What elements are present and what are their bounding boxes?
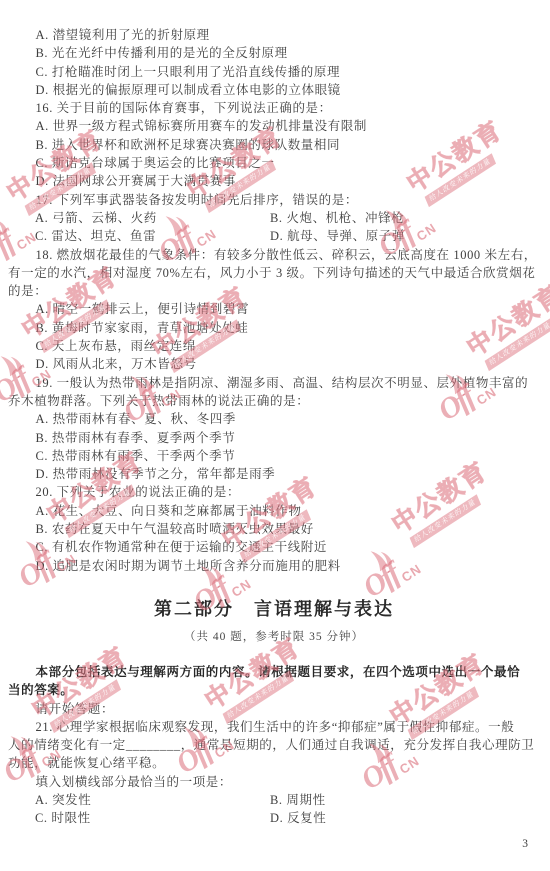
option-line: B. 热带雨林有春季、夏季两个季节 <box>8 429 540 447</box>
option-row-two-col: A. 弓箭、云梯、火药B. 火炮、机枪、冲锋枪 <box>8 209 540 227</box>
option-row-two-col: C. 时限性D. 反复性 <box>8 809 540 827</box>
section-title: 第二部分 言语理解与表达 <box>8 597 540 621</box>
option-cell: D. 反复性 <box>270 809 326 827</box>
question-line: 19. 一般认为热带雨林是指阴凉、潮湿多雨、高温、结构层次不明显、层外植物丰富的 <box>8 374 540 392</box>
option-cell: C. 雷达、坦克、鱼雷 <box>35 227 270 245</box>
option-cell: B. 周期性 <box>270 791 326 809</box>
option-line: C. 有机农作物通常种在便于运输的交通主干线附近 <box>8 538 540 556</box>
option-line: D. 根据光的偏振原理可以制成看立体电影的立体眼镜 <box>8 81 540 99</box>
option-line: C. 天上灰布悬，雨丝定连绵 <box>8 337 540 355</box>
option-line: C. 热带雨林有雨季、干季两个季节 <box>8 447 540 465</box>
section-instructions-line: 本部分包括表达与理解两方面的内容。请根据题目要求，在四个选项中选出一个最恰 <box>8 663 540 681</box>
option-row-two-col: C. 雷达、坦克、鱼雷D. 航母、导弹、原子弹 <box>8 227 540 245</box>
option-line: B. 进入世界杯和欧洲杯足球赛决赛圈的球队数量相同 <box>8 136 540 154</box>
option-cell: B. 火炮、机枪、冲锋枪 <box>270 209 404 227</box>
question-continuation-line: 乔木植物群落。下列关于热带雨林的说法正确的是： <box>8 392 540 410</box>
question-continuation-line: 有一定的水汽，相对湿度 70%左右，风力小于 3 级。下列诗句描述的天气中最适合… <box>8 264 540 282</box>
option-line: C. 斯诺克台球属于奥运会的比赛项目之一 <box>8 154 540 172</box>
question-line: 21. 心理学家根据临床观察发现，我们生活中的许多“抑郁症”属于假性抑郁症。一般 <box>8 718 540 736</box>
section-time-limit: （共 40 题，参考时限 35 分钟） <box>8 629 540 645</box>
question-line: 20. 下列关于农业的说法正确的是： <box>8 483 540 501</box>
question-line: 17. 下列军事武器装备按发明时间先后排序，错误的是： <box>8 191 540 209</box>
option-line: A. 世界一级方程式锦标赛所用赛车的发动机排量没有限制 <box>8 117 540 135</box>
option-row-two-col: A. 突发性B. 周期性 <box>8 791 540 809</box>
option-cell: A. 弓箭、云梯、火药 <box>35 209 270 227</box>
option-line: A. 潜望镜利用了光的折射原理 <box>8 26 540 44</box>
option-cell: C. 时限性 <box>35 809 270 827</box>
option-cell: A. 突发性 <box>35 791 270 809</box>
option-line: A. 花生、大豆、向日葵和芝麻都属于油料作物 <box>8 502 540 520</box>
section-instructions-line: 当的答案。 <box>8 681 540 699</box>
start-answering-line: 请开始答题： <box>8 700 540 718</box>
fill-blank-prompt-line: 填入划横线部分最恰当的一项是： <box>8 773 540 791</box>
option-line: B. 光在光纤中传播利用的是光的全反射原理 <box>8 44 540 62</box>
question-line: 16. 关于目前的国际体育赛事，下列说法正确的是： <box>8 99 540 117</box>
question-line: 18. 燃放烟花最佳的气象条件：有较多分散性低云、碎积云，云底高度在 1000 … <box>8 246 540 264</box>
option-cell: D. 航母、导弹、原子弹 <box>270 227 405 245</box>
option-line: A. 热带雨林有春、夏、秋、冬四季 <box>8 410 540 428</box>
page-number: 3 <box>522 838 528 850</box>
question-continuation-line: 的是： <box>8 282 540 300</box>
option-line: D. 热带雨林没有季节之分，常年都是雨季 <box>8 465 540 483</box>
option-line: B. 黄梅时节家家雨，青草池塘处处蛙 <box>8 319 540 337</box>
exam-text-content: A. 潜望镜利用了光的折射原理B. 光在光纤中传播利用的是光的全反射原理C. 打… <box>0 0 550 828</box>
option-line: B. 农药在夏天中午气温较高时喷洒灭虫效果最好 <box>8 520 540 538</box>
option-line: D. 追肥是农闲时期为调节土地所含养分而施用的肥料 <box>8 557 540 575</box>
exam-page: A. 潜望镜利用了光的折射原理B. 光在光纤中传播利用的是光的全反射原理C. 打… <box>0 0 550 871</box>
question-continuation-line: 功能，就能恢复心绪平稳。 <box>8 754 540 772</box>
question-continuation-line: 人的情绪变化有一定________，通常是短期的，人们通过自我调适，充分发挥自我… <box>8 736 540 754</box>
option-line: A. 晴空一鹤排云上，便引诗情到碧霄 <box>8 300 540 318</box>
option-line: C. 打枪瞄准时闭上一只眼利用了光沿直线传播的原理 <box>8 63 540 81</box>
option-line: D. 法国网球公开赛属于大满贯赛事 <box>8 172 540 190</box>
option-line: D. 风雨从北来，万木皆怒号 <box>8 355 540 373</box>
